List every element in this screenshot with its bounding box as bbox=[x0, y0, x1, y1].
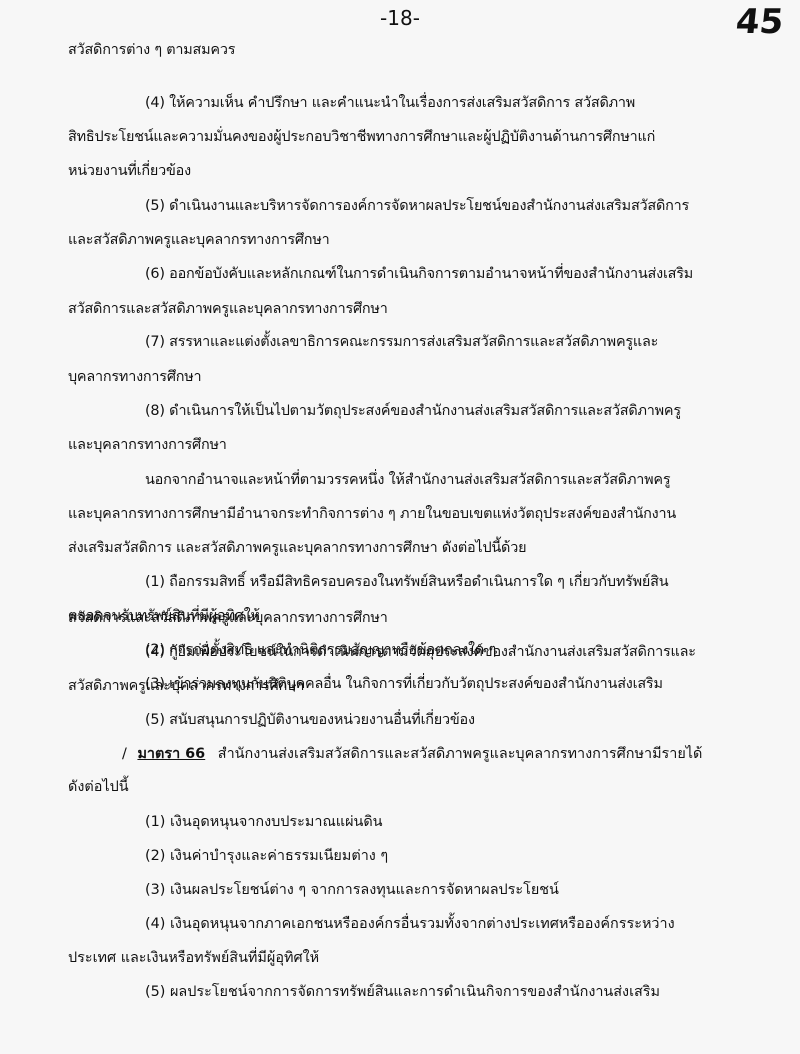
text-line: (7) สรรหาและแต่งตั้งเลขาธิการคณะกรรมการส… bbox=[145, 332, 658, 352]
text-line: และบุคลากรทางการศึกษา bbox=[68, 435, 227, 455]
text-line: สิทธิประโยชน์และความมั่นคงของผู้ประกอบวิ… bbox=[68, 127, 655, 147]
section-66-continuation: ดังต่อไปนี้ bbox=[68, 777, 129, 797]
handwritten-stamp-number: 45 bbox=[734, 2, 786, 42]
text-line: สวัสดิการและสวัสดิภาพครูและบุคลากรทางการ… bbox=[68, 608, 388, 628]
text-line: (4) กู้ยืมเพื่อประโยชน์ในการดำเนินการตาม… bbox=[145, 642, 696, 662]
text-line: และบุคลากรทางการศึกษามีอำนาจกระทำกิจการต… bbox=[68, 504, 676, 524]
text-line: (1) ถือกรรมสิทธิ์ หรือมีสิทธิครอบครองในท… bbox=[145, 572, 668, 592]
text-line: สวัสดิการและสวัสดิภาพครูและบุคลากรทางการ… bbox=[68, 299, 388, 319]
income-item: (3) เงินผลประโยชน์ต่าง ๆ จากการลงทุนและก… bbox=[145, 880, 559, 900]
income-item: (4) เงินอุดหนุนจากภาคเอกชนหรือองค์กรอื่น… bbox=[145, 914, 675, 934]
text-line: สวัสดิการต่าง ๆ ตามสมควร bbox=[68, 40, 235, 60]
text-line: หน่วยงานที่เกี่ยวข้อง bbox=[68, 161, 191, 181]
text-line: ส่งเสริมสวัสดิการ และสวัสดิภาพครูและบุคล… bbox=[68, 538, 526, 558]
page-number: -18- bbox=[0, 6, 800, 30]
text-line: สวัสดิภาพครูและบุคลากรทางการศึกษา bbox=[68, 676, 304, 696]
income-item-continuation: ประเทศ และเงินหรือทรัพย์สินที่มีผู้อุทิศ… bbox=[68, 948, 319, 968]
income-item: (2) เงินค่าบำรุงและค่าธรรมเนียมต่าง ๆ bbox=[145, 846, 388, 866]
text-line: (4) ให้ความเห็น คำปรึกษา และคำแนะนำในเรื… bbox=[145, 93, 635, 113]
text-line: (5) สนับสนุนการปฏิบัติงานของหน่วยงานอื่น… bbox=[145, 710, 475, 730]
text-line: (5) ดำเนินงานและบริหารจัดการองค์การจัดหา… bbox=[145, 196, 689, 216]
text-line: (8) ดำเนินการให้เป็นไปตามวัตถุประสงค์ของ… bbox=[145, 401, 681, 421]
income-item: (5) ผลประโยชน์จากการจัดการทรัพย์สินและกา… bbox=[145, 982, 660, 1002]
text-line: (6) ออกข้อบังคับและหลักเกณฑ์ในการดำเนินก… bbox=[145, 264, 693, 284]
income-item: (1) เงินอุดหนุนจากงบประมาณแผ่นดิน bbox=[145, 812, 383, 832]
section-label: มาตรา 66 bbox=[137, 746, 205, 762]
text-line: นอกจากอำนาจและหน้าที่ตามวรรคหนึ่ง ให้สำน… bbox=[145, 470, 670, 490]
text-line: บุคลากรทางการศึกษา bbox=[68, 367, 201, 387]
section-66-heading: / มาตรา 66 สำนักงานส่งเสริมสวัสดิการและส… bbox=[122, 744, 702, 764]
check-mark: / bbox=[122, 746, 127, 762]
text-line: และสวัสดิภาพครูและบุคลากรทางการศึกษา bbox=[68, 230, 329, 250]
section-text: สำนักงานส่งเสริมสวัสดิการและสวัสดิภาพครู… bbox=[218, 746, 703, 762]
